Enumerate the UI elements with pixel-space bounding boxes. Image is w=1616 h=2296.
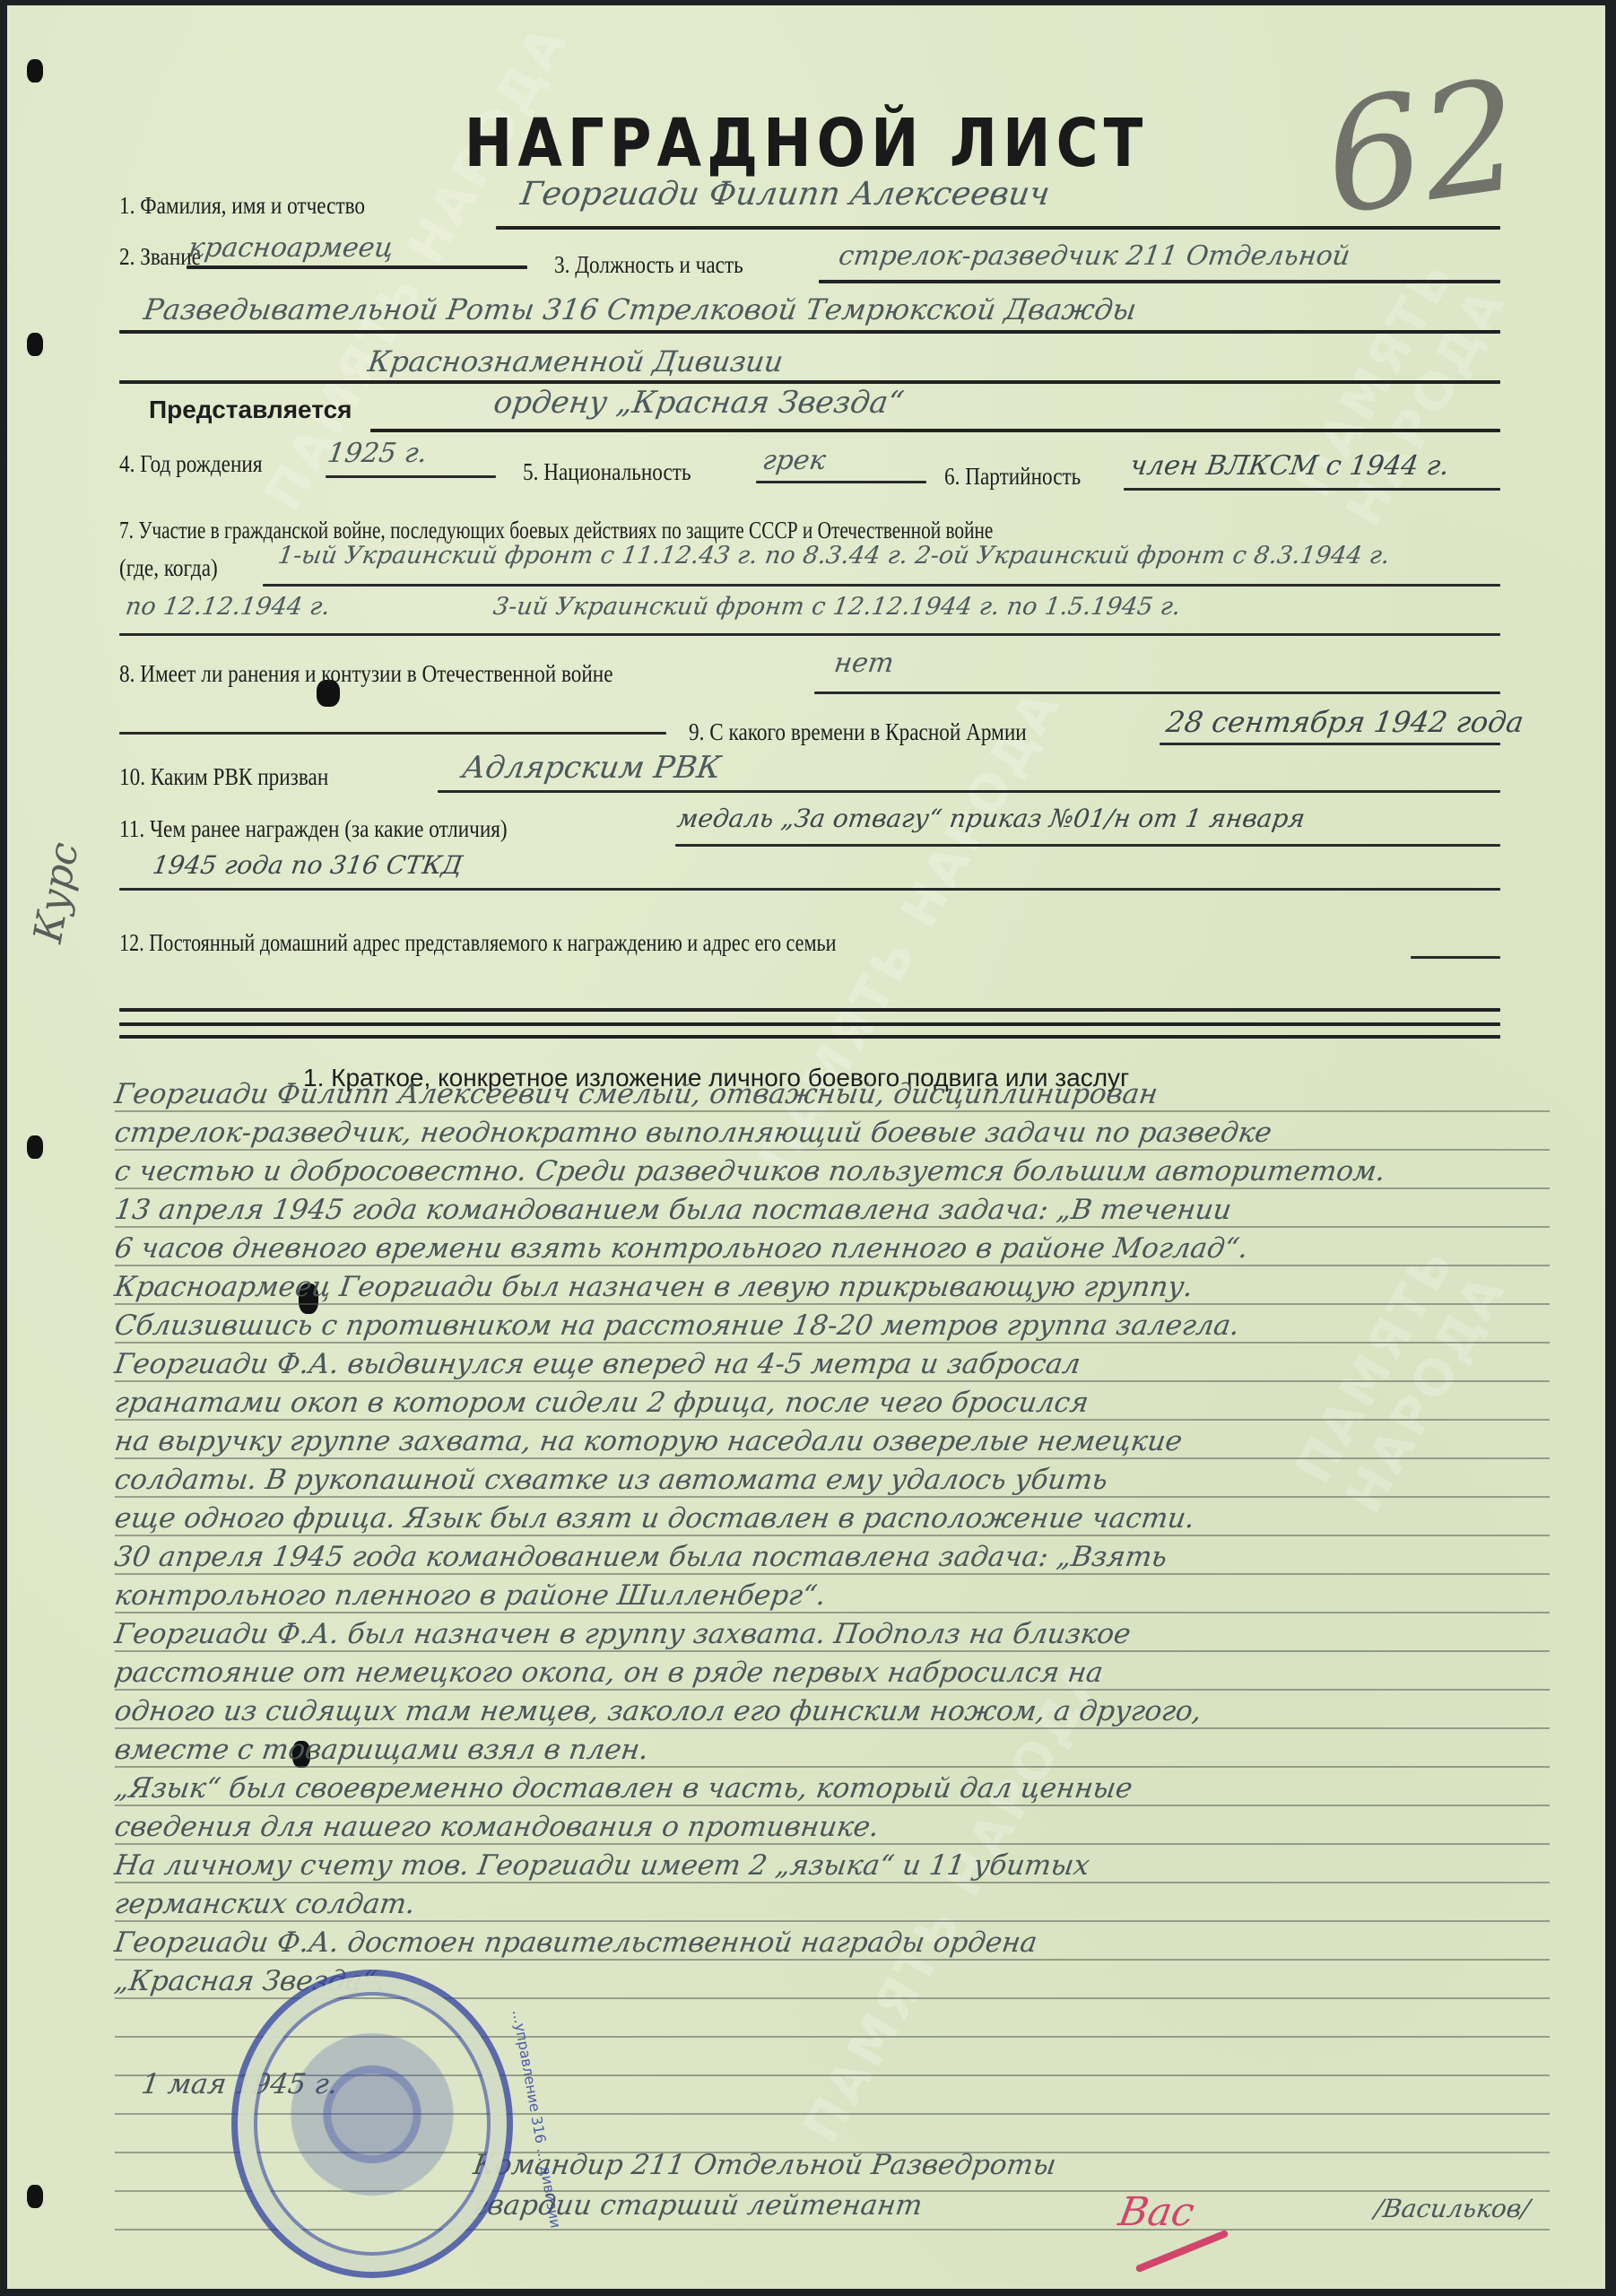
narrative-line: расстояние от немецкого окопа, он в ряде…: [112, 1657, 1105, 1689]
field-3-value-line1: стрелок-разведчик 211 Отдельной: [837, 240, 1352, 272]
narrative-line: контрольного пленного в районе Шилленбер…: [112, 1579, 828, 1612]
narrative-line: Георгиади Филипп Алексеевич смелый, отва…: [112, 1078, 1160, 1110]
field-11-line1: [675, 844, 1500, 847]
field-10-label: 10. Каким РВК призван: [119, 763, 328, 791]
field-12-line3: [119, 1035, 1500, 1039]
field-7-label: 7. Участие в гражданской войне, последую…: [119, 517, 993, 544]
official-seal-stamp: ...управление 316 ... дивизии: [231, 1970, 513, 2278]
binder-hole: [27, 1135, 43, 1159]
field-8-value: нет: [832, 648, 896, 679]
narrative-line: На личному счету тов. Георгиади имеет 2 …: [112, 1849, 1091, 1882]
margin-note: Курс: [25, 839, 88, 946]
field-9-line: [1160, 743, 1500, 745]
narrative-line: сведения для нашего командования о проти…: [112, 1811, 881, 1843]
narrative-line: Сблизившись с противником на расстояние …: [112, 1309, 1241, 1342]
signature-flourish: [1135, 2230, 1229, 2274]
signature: Вас: [1116, 2189, 1198, 2235]
field-3-label: 3. Должность и часть: [554, 251, 743, 279]
narrative-line: Георгиади Ф.А. выдвинулся еще вперед на …: [112, 1348, 1082, 1380]
field-3-value-line3: Краснознаменной Дивизии: [366, 344, 786, 378]
signer-name: /Васильков/: [1373, 2194, 1532, 2223]
narrative-line: еще одного фрица. Язык был взят и достав…: [112, 1502, 1196, 1535]
binder-hole: [27, 59, 43, 83]
field-7-line1: [263, 584, 1500, 587]
field-5-value: грек: [760, 445, 828, 476]
binder-hole: [27, 333, 43, 356]
field-8-continuation-line: [119, 732, 666, 735]
presented-value: ордену „Красная Звезда“: [491, 385, 906, 421]
field-9-value: 28 сентября 1942 года: [1164, 705, 1525, 739]
watermark: ПАМЯТЬ НАРОДА: [1284, 1152, 1566, 1522]
field-7-value-line1: 1-ый Украинский фронт с 11.12.43 г. по 8…: [276, 542, 1392, 570]
narrative-line: с честью и добросовестно. Среди разведчи…: [112, 1155, 1387, 1187]
field-1-line: [496, 226, 1500, 230]
field-7-value-line2a: по 12.12.1944 г.: [124, 593, 332, 621]
field-10-line: [438, 790, 1500, 793]
field-6-value: член ВЛКСМ с 1944 г.: [1128, 450, 1451, 482]
field-3-value-line2: Разведывательной Роты 316 Стрелковой Тем…: [142, 292, 1139, 326]
field-11-value-line2: 1945 года по 316 СТКД: [151, 850, 465, 880]
signer-position: Командир 211 Отдельной Разведроты: [471, 2149, 1057, 2181]
field-12-label: 12. Постоянный домашний адрес представля…: [119, 929, 836, 957]
field-8-line: [814, 691, 1500, 694]
narrative-line: одного из сидящих там немцев, заколол ег…: [112, 1695, 1203, 1727]
narrative-line: на выручку группе захвата, на которую на…: [112, 1425, 1184, 1457]
narrative-line: германских солдат.: [112, 1888, 417, 1920]
field-4-value: 1925 г.: [326, 438, 430, 469]
field-6-line: [1124, 488, 1500, 491]
narrative-line: 30 апреля 1945 года командованием была п…: [112, 1541, 1169, 1573]
field-2-value: красноармеец: [187, 232, 395, 264]
field-7-value-line2b: 3-ий Украинский фронт с 12.12.1944 г. по…: [491, 593, 1182, 621]
field-8-label: 8. Имеет ли ранения и контузии в Отечест…: [119, 660, 613, 688]
narrative-line: вместе с товарищами взял в плен.: [112, 1734, 650, 1766]
field-6-label: 6. Партийность: [944, 463, 1081, 491]
field-3-line3: [119, 380, 1500, 384]
field-9-label: 9. С какого времени в Красной Армии: [689, 718, 1027, 746]
field-11-label: 11. Чем ранее награжден (за какие отличи…: [119, 815, 508, 843]
binder-hole: [27, 2185, 43, 2208]
narrative-line: 6 часов дневного времени взять контрольн…: [112, 1232, 1249, 1265]
narrative-line: гранатами окоп в котором сидели 2 фрица,…: [112, 1387, 1090, 1419]
narrative-line: Георгиади Ф.А. был назначен в группу зах…: [112, 1618, 1133, 1650]
narrative-line: 13 апреля 1945 года командованием была п…: [112, 1194, 1233, 1226]
field-7-label-where: (где, когда): [119, 554, 218, 582]
field-12-line1: [119, 1008, 1500, 1012]
signer-rank: гвардии старший лейтенант: [471, 2189, 924, 2222]
field-2-line: [187, 265, 527, 269]
presented-line: [370, 429, 1500, 432]
field-12-line-short: [1411, 956, 1500, 959]
field-3-line2: [119, 330, 1500, 334]
narrative-line: стрелок-разведчик, неоднократно выполняю…: [112, 1117, 1273, 1149]
field-1-label: 1. Фамилия, имя и отчество: [119, 192, 365, 220]
field-4-line: [326, 475, 496, 478]
field-12-line2: [119, 1022, 1500, 1026]
field-5-line: [756, 481, 926, 483]
field-11-line2: [119, 888, 1500, 891]
narrative-line: Красноармеец Георгиади был назначен в ле…: [112, 1271, 1195, 1303]
field-10-value: Адлярским РВК: [460, 750, 723, 786]
narrative-line: Георгиади Ф.А. достоен правительственной…: [112, 1926, 1038, 1959]
field-4-label: 4. Год рождения: [119, 450, 263, 478]
field-11-value-line1: медаль „За отвагу“ приказ №01/н от 1 янв…: [675, 804, 1307, 833]
field-3-line1: [819, 280, 1500, 283]
narrative-line: солдаты. В рукопашной схватке из автомат…: [112, 1464, 1109, 1496]
narrative-line: „Язык“ был своевременно доставлен в част…: [112, 1772, 1134, 1805]
field-1-value: Георгиади Филипп Алексеевич: [518, 176, 1052, 213]
field-5-label: 5. Национальность: [523, 458, 691, 486]
field-7-line2: [119, 633, 1500, 636]
handwritten-page-number: 62: [1314, 47, 1531, 249]
presented-label: Представляется: [149, 396, 352, 424]
award-sheet-page: ПАМЯТЬ НАРОДА ПАМЯТЬ НАРОДА ПАМЯТЬ НАРОД…: [7, 5, 1605, 2289]
